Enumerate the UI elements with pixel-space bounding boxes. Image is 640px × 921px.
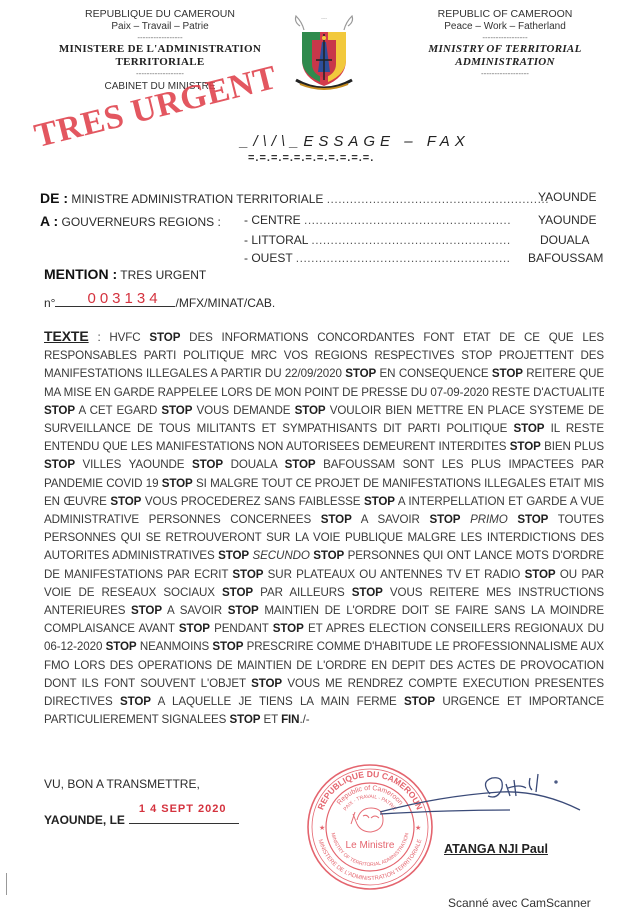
stop-keyword: STOP: [345, 367, 376, 380]
to-value: GOUVERNEURS REGIONS :: [62, 215, 221, 229]
stop-keyword: STOP: [149, 331, 180, 344]
stop-keyword: STOP: [251, 677, 282, 690]
stop-keyword: STOP: [222, 586, 253, 599]
seal-center-text: Le Ministre: [346, 840, 395, 851]
region-item: - CENTRE ...............................…: [244, 213, 511, 227]
stop-keyword: STOP: [513, 422, 544, 435]
coat-of-arms-icon: ----: [290, 12, 358, 98]
stop-keyword: STOP: [364, 495, 395, 508]
stop-keyword: STOP: [120, 695, 151, 708]
body-line: ENTENDU QUE LES MANIFESTATIONS NON AUTOR…: [44, 438, 604, 456]
stop-keyword: STOP: [212, 640, 243, 653]
region-city: DOUALA: [540, 233, 589, 247]
header-english: REPUBLIC OF CAMEROON Peace – Work – Fath…: [400, 8, 610, 79]
from-row: DE : MINISTRE ADMINISTRATION TERRITORIAL…: [40, 190, 600, 206]
stop-keyword: STOP: [492, 367, 523, 380]
body-line: SURVEILLANCE DE TOUS MILITANTS ET SYMPAT…: [44, 420, 604, 438]
body-line: ANTERIEURES STOP A SAVOIR STOP MAINTIEN …: [44, 602, 604, 620]
region-city: BAFOUSSAM: [528, 251, 603, 265]
stop-keyword: STOP: [218, 549, 249, 562]
from-value: MINISTRE ADMINISTRATION TERRITORIALE: [71, 192, 323, 206]
separator: ------------------: [400, 69, 610, 79]
body-line: DE MANIFESTATIONS PAR ECRIT STOP SUR PLA…: [44, 566, 604, 584]
from-label: DE :: [40, 190, 68, 206]
message-title: _/\/\_ESSAGE – FAX: [240, 133, 470, 150]
vu-bon-a-transmettre: VU, BON A TRANSMETTRE,: [44, 777, 200, 791]
reference-number-row: n°003134/MFX/MINAT/CAB.: [44, 294, 275, 310]
dot-leader: ........................................…: [304, 213, 511, 227]
dot-leader: ........................................…: [327, 192, 549, 206]
body-line: TEXTE : HVFC STOP DES INFORMATIONS CONCO…: [44, 327, 604, 347]
country-fr: REPUBLIQUE DU CAMEROUN: [40, 8, 280, 21]
motto-fr: Paix – Travail – Patrie: [40, 21, 280, 33]
place-date-label: YAOUNDE, LE: [44, 813, 125, 827]
region-item: - LITTORAL .............................…: [244, 233, 511, 247]
stop-keyword: STOP: [273, 622, 304, 635]
body-line: VOIE DE RESEAUX SOCIAUX STOP PAR AILLEUR…: [44, 584, 604, 602]
stop-keyword: STOP: [510, 440, 541, 453]
body-line: PARTICULIEREMENT SIGNALEES STOP ET FIN./…: [44, 711, 604, 729]
body-line: 06-12-2020 STOP NEANMOINS STOP PRESCRIRE…: [44, 638, 604, 656]
message-title-underline: =.=.=.=.=.=.=.=.=.=.=.: [248, 152, 374, 164]
place-date-row: YAOUNDE, LE1 4 SEPT 2020: [44, 810, 239, 827]
stop-keyword: STOP: [44, 404, 75, 417]
stop-keyword: STOP: [229, 713, 260, 726]
stop-keyword: STOP: [429, 513, 460, 526]
number-suffix: /MFX/MINAT/CAB.: [175, 296, 275, 310]
body-line: MANIFESTATIONS ILLEGALES A PARTIR DU 22/…: [44, 365, 604, 383]
region-city: YAOUNDE: [538, 213, 596, 227]
mention-value: TRES URGENT: [120, 268, 206, 282]
ministry-fr-line1: MINISTERE DE L'ADMINISTRATION: [40, 43, 280, 56]
body-line: RESPONSABLES PARTI POLITIQUE MRC VOS REG…: [44, 347, 604, 365]
date-field: 1 4 SEPT 2020: [129, 810, 239, 824]
region-name: - OUEST: [244, 251, 296, 265]
number-prefix: n°: [44, 296, 55, 310]
stop-keyword: STOP: [404, 695, 435, 708]
stop-keyword: STOP: [313, 549, 344, 562]
motto-en: Peace – Work – Fatherland: [400, 21, 610, 33]
body-line: STOP VILLES YAOUNDE STOP DOUALA STOP BAF…: [44, 456, 604, 474]
body-line: MA MISE EN GARDE RAPPELEE LORS DE MON PO…: [44, 384, 604, 402]
stop-keyword: STOP: [110, 495, 141, 508]
stop-keyword: STOP: [321, 513, 352, 526]
texte-label: TEXTE: [44, 328, 89, 344]
signature: [380, 770, 590, 840]
stop-keyword: STOP: [232, 568, 263, 581]
message-body: TEXTE : HVFC STOP DES INFORMATIONS CONCO…: [44, 327, 604, 729]
dot-leader: ........................................…: [296, 251, 511, 265]
body-line: EN ŒUVRE STOP VOUS PROCEDEREZ SANS FAIBL…: [44, 493, 604, 511]
body-line: COMPLAISANCE AVANT STOP PENDANT STOP ET …: [44, 620, 604, 638]
body-line: DIRECTIVES STOP A LAQUELLE JE TIENS LA M…: [44, 693, 604, 711]
stop-keyword: STOP: [525, 568, 556, 581]
stop-keyword: STOP: [161, 404, 192, 417]
svg-text:★: ★: [319, 824, 325, 832]
dot-leader: ........................................…: [311, 233, 510, 247]
country-en: REPUBLIC OF CAMEROON: [400, 8, 610, 21]
separator: -----------------: [400, 33, 610, 43]
svg-text:----: ----: [321, 16, 327, 21]
ministry-en-line1: MINISTRY OF TERRITORIAL: [400, 43, 610, 56]
stop-keyword: STOP: [131, 604, 162, 617]
stop-keyword: STOP: [179, 622, 210, 635]
date-value: 1 4 SEPT 2020: [139, 803, 227, 815]
stop-keyword: STOP: [162, 477, 193, 490]
stop-keyword: STOP: [228, 604, 259, 617]
to-label: A :: [40, 213, 58, 229]
number-field: 003134: [55, 294, 175, 307]
mention-row: MENTION : TRES URGENT: [44, 266, 206, 282]
body-line: PANDEMIE COVID 19 STOP SI MALGRE TOUT CE…: [44, 475, 604, 493]
stop-keyword: STOP: [106, 640, 137, 653]
italic-term: PRIMO: [470, 513, 508, 526]
lion-head-icon: [351, 808, 383, 832]
signer-name: ATANGA NJI Paul: [444, 842, 548, 856]
region-item: - OUEST ................................…: [244, 251, 511, 265]
stop-keyword: STOP: [517, 513, 548, 526]
region-name: - LITTORAL: [244, 233, 311, 247]
stop-keyword: FIN: [281, 713, 299, 726]
stop-keyword: STOP: [352, 586, 383, 599]
body-line: PERSONNES QUI SE RETROUVERONT SUR LA VOI…: [44, 529, 604, 547]
stop-keyword: STOP: [192, 458, 223, 471]
ministry-en-line2: ADMINISTRATION: [400, 56, 610, 69]
stop-keyword: STOP: [295, 404, 326, 417]
to-row: A : GOUVERNEURS REGIONS :: [40, 213, 221, 229]
region-name: - CENTRE: [244, 213, 304, 227]
scan-edge-mark: [6, 873, 7, 895]
separator: -----------------: [40, 33, 280, 43]
body-line: AUTORITES ADMINISTRATIVES STOP SECUNDO S…: [44, 547, 604, 565]
mention-label: MENTION :: [44, 266, 117, 282]
from-place: YAOUNDE: [538, 190, 596, 204]
italic-term: SECUNDO: [253, 549, 310, 562]
body-line: ADMINISTRATIVE PERSONNES CONCERNEES STOP…: [44, 511, 604, 529]
scanner-watermark: Scanné avec CamScanner: [448, 896, 591, 910]
number-value: 003134: [87, 290, 161, 307]
stop-keyword: STOP: [44, 458, 75, 471]
body-line: DONT ILS FONT SOUVENT L'OBJET STOP VOUS …: [44, 675, 604, 693]
stop-keyword: STOP: [285, 458, 316, 471]
body-line: FMO LORS DES OPERATIONS DE MAINTIEN DE L…: [44, 657, 604, 675]
body-line: STOP A CET EGARD STOP VOUS DEMANDE STOP …: [44, 402, 604, 420]
